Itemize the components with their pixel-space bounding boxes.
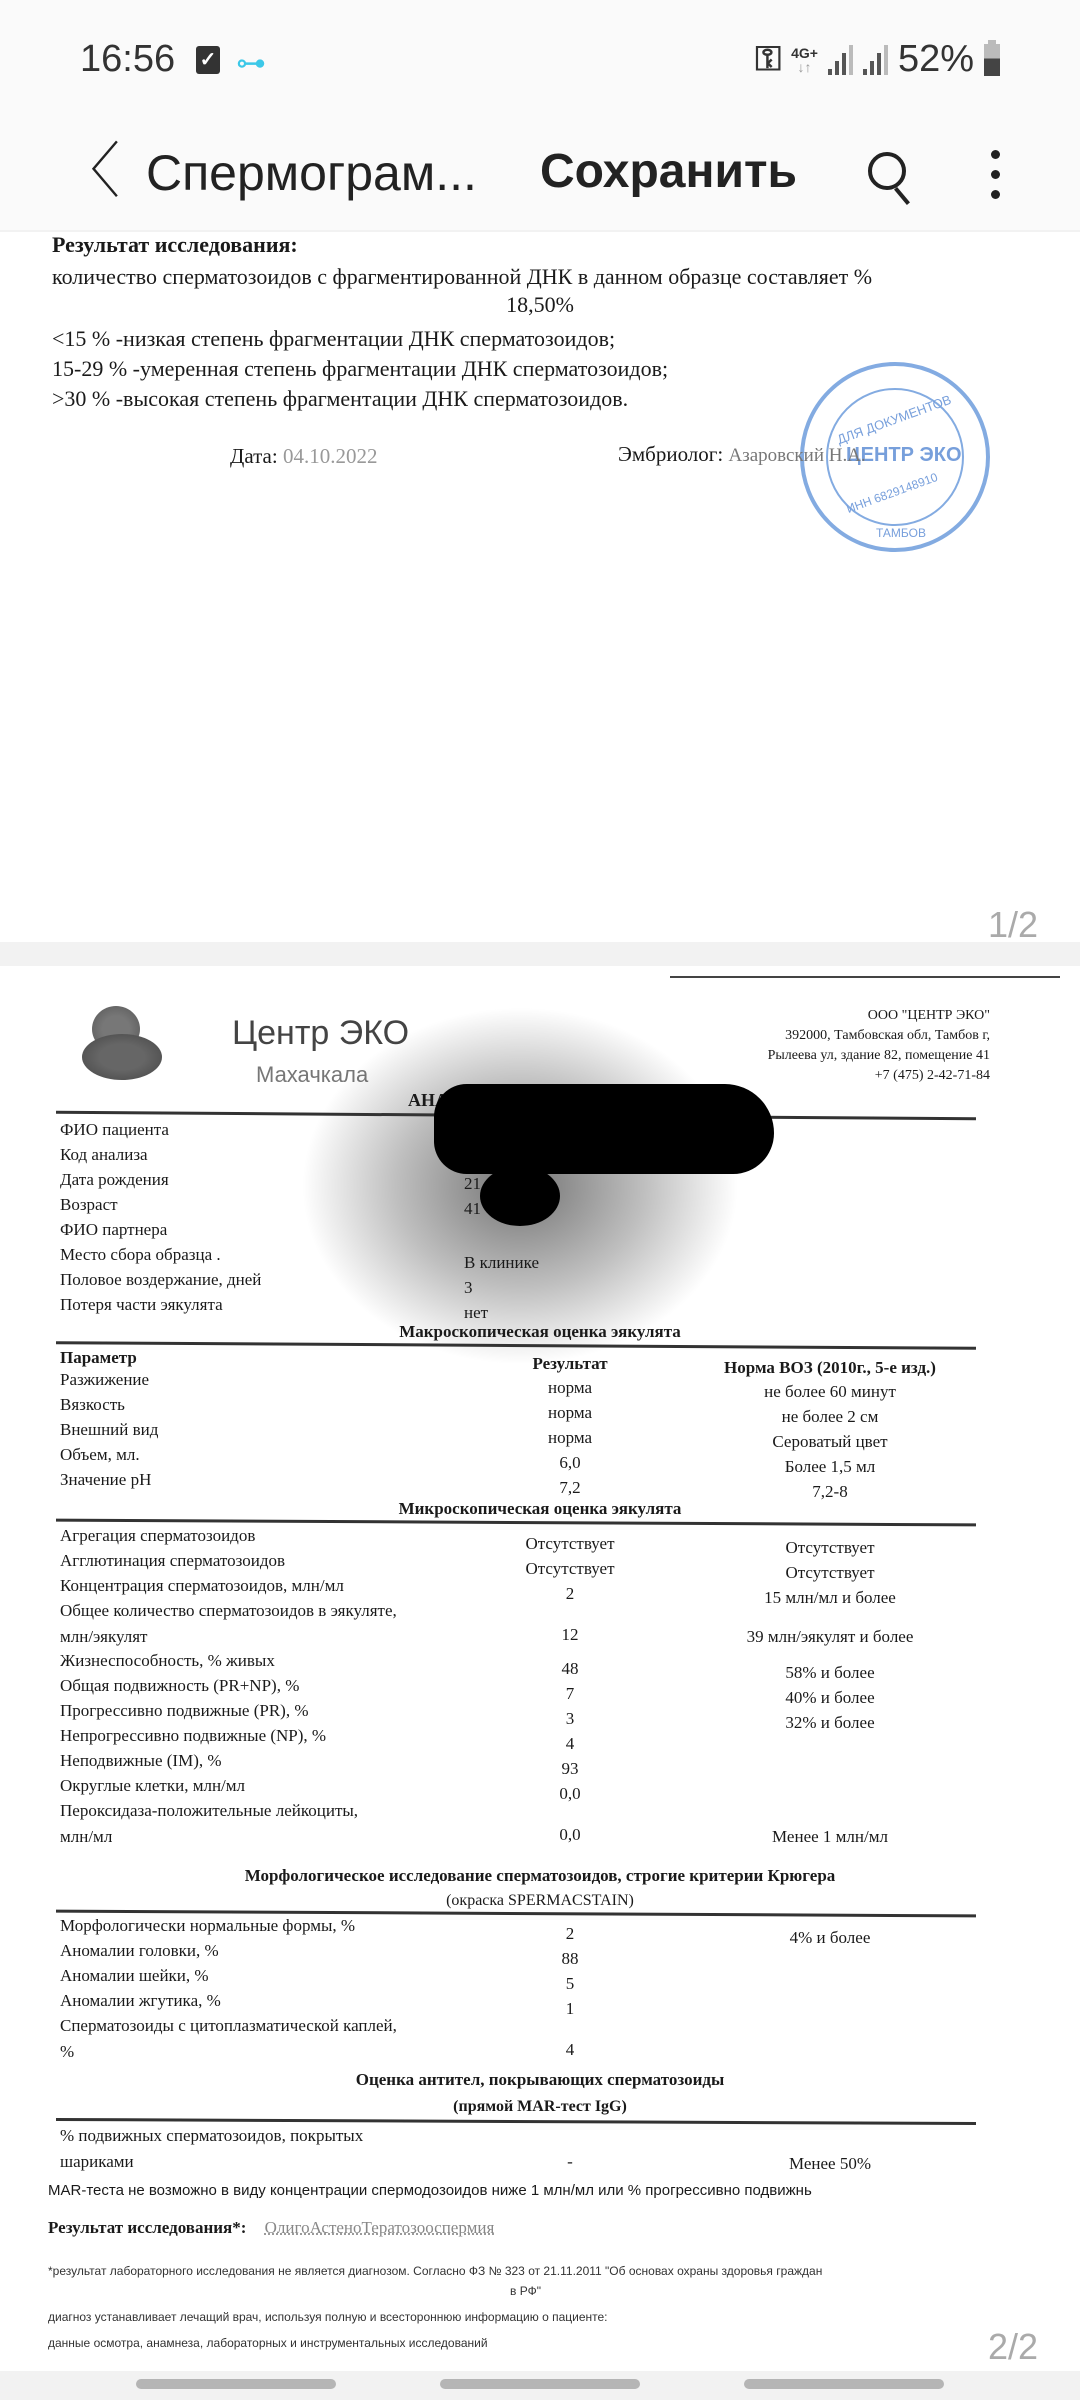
row-label: Пероксидаза-положительные лейкоциты, <box>60 1801 358 1821</box>
row-label: Округлые клетки, млн/мл <box>60 1776 245 1796</box>
clinic-logo-icon <box>82 1006 166 1082</box>
row-result: норма <box>500 1403 640 1423</box>
row-result: 5 <box>500 1974 640 1994</box>
field-value: нет <box>464 1303 488 1323</box>
date-label: Дата: <box>230 444 278 468</box>
row-label: Аномалии жгутика, % <box>60 1991 221 2011</box>
mar-note: MAR-теста не возможно в виду концентраци… <box>48 2182 812 2199</box>
navigation-bar <box>0 2371 1080 2400</box>
row-label: Концентрация сперматозоидов, млн/мл <box>60 1576 344 1596</box>
result-summary: Результат исследования*: ОлигоАстеноТера… <box>48 2218 494 2238</box>
row-label: Морфологически нормальные формы, % <box>60 1916 355 1936</box>
row-label: Вязкость <box>60 1395 125 1415</box>
row-label: Агрегация сперматозоидов <box>60 1526 255 1546</box>
status-bar: 16:56 ✓ ⊶ ⚿ 4G+ ↓↑ 52% <box>0 0 1080 120</box>
date-field: Дата: 04.10.2022 <box>230 444 377 469</box>
row-result: 0,0 <box>500 1825 640 1845</box>
organization-info: ООО "ЦЕНТР ЭКО" 392000, Тамбовская обл, … <box>768 1006 990 1086</box>
status-time: 16:56 <box>80 38 175 81</box>
row-label: Разжижение <box>60 1370 149 1390</box>
row-label: Аномалии шейки, % <box>60 1966 209 1986</box>
field-label: Потеря части эякулята <box>60 1295 223 1315</box>
org-address-2: Рылеева ул, здание 82, помещение 41 <box>768 1046 990 1066</box>
field-label: Дата рождения <box>60 1170 169 1190</box>
app-bar: 〈 Спермограм... Сохранить <box>0 120 1080 230</box>
row-norm: Более 1,5 мл <box>680 1457 980 1477</box>
org-phone: +7 (475) 2-42-71-84 <box>768 1066 990 1086</box>
row-norm: Отсутствует <box>680 1563 980 1583</box>
row-norm: Отсутствует <box>680 1538 980 1558</box>
fragmentation-value: 18,50% <box>0 292 1080 318</box>
row-norm: Менее 50% <box>680 2154 980 2174</box>
row-result: 88 <box>500 1949 640 1969</box>
macro-section-title: Макроскопическая оценка эякулята <box>0 1322 1080 1342</box>
row-label: Прогрессивно подвижные (PR), % <box>60 1701 309 1721</box>
row-label: Неподвижные (IM), % <box>60 1751 222 1771</box>
pdf-page-1[interactable]: Результат исследования: количество сперм… <box>0 232 1080 942</box>
search-button[interactable] <box>862 140 922 210</box>
key-notification-icon: ⊶ <box>236 46 266 81</box>
fragmentation-intro: количество сперматозоидов с фрагментиров… <box>52 264 872 290</box>
stamp-city: ТАМБОВ <box>876 526 926 540</box>
row-norm: 39 млн/эякулят и более <box>680 1627 980 1647</box>
embryologist-field: Эмбриолог: Азаровский Н.А. <box>618 442 866 467</box>
footnote-3: диагноз устанавливает лечащий врач, испо… <box>48 2310 608 2324</box>
row-norm: не более 60 минут <box>680 1382 980 1402</box>
footnote-2: в РФ" <box>510 2284 541 2298</box>
signal-icon-2 <box>863 45 888 75</box>
result-heading: Результат исследования: <box>52 232 298 258</box>
field-value: В клинике <box>464 1253 539 1273</box>
nav-back-button[interactable] <box>744 2379 944 2389</box>
vpn-key-icon: ⚿ <box>755 40 781 79</box>
network-type-label: 4G+ <box>791 46 818 60</box>
field-label: Половое воздержание, дней <box>60 1270 261 1290</box>
signal-icon-1 <box>828 45 853 75</box>
header-norm: Норма ВОЗ (2010г., 5-е изд.) <box>680 1358 980 1378</box>
redaction-mark <box>480 1166 560 1226</box>
morph-section-subtitle: (окраска SPERMACSTAIN) <box>0 1892 1080 1910</box>
morph-section-title: Морфологическое исследование сперматозои… <box>0 1866 1080 1886</box>
data-arrows-icon: ↓↑ <box>791 60 818 74</box>
nav-recents-button[interactable] <box>136 2379 336 2389</box>
row-norm: 40% и более <box>680 1688 980 1708</box>
footnote-1: *результат лабораторного исследования не… <box>48 2264 822 2278</box>
row-result: норма <box>500 1428 640 1448</box>
pdf-page-2[interactable]: Центр ЭКО Махачкала ООО "ЦЕНТР ЭКО" 3920… <box>0 966 1080 2371</box>
embryologist-name: Азаровский Н.А. <box>728 445 865 466</box>
row-norm: не более 2 см <box>680 1407 980 1427</box>
row-result: 2 <box>500 1584 640 1604</box>
field-value: 21 <box>464 1174 481 1194</box>
row-label: Общее количество сперматозоидов в эякуля… <box>60 1601 397 1621</box>
row-result: 6,0 <box>500 1453 640 1473</box>
mar-section-subtitle: (прямой MAR-тест IgG) <box>0 2098 1080 2116</box>
divider <box>670 976 1060 978</box>
row-norm: 58% и более <box>680 1663 980 1683</box>
field-label: Код анализа <box>60 1145 148 1165</box>
field-label: ФИО партнера <box>60 1220 167 1240</box>
row-norm: Менее 1 млн/мл <box>680 1827 980 1847</box>
row-result: 4 <box>500 2040 640 2060</box>
page-indicator-2: 2/2 <box>988 2326 1038 2368</box>
row-result: 2 <box>500 1924 640 1944</box>
row-result: 7,2 <box>500 1478 640 1498</box>
result-value: ОлигоАстеноТератозооспермия <box>265 2218 495 2237</box>
mar-section-title: Оценка антител, покрывающих сперматозоид… <box>0 2070 1080 2090</box>
battery-percent: 52% <box>898 38 974 81</box>
row-result: 7 <box>500 1684 640 1704</box>
battery-icon <box>984 44 1000 76</box>
row-result: 0,0 <box>500 1784 640 1804</box>
org-name: ООО "ЦЕНТР ЭКО" <box>768 1006 990 1026</box>
more-options-button[interactable] <box>980 140 1010 210</box>
chevron-left-icon: 〈 <box>60 138 120 205</box>
row-label: Общая подвижность (PR+NP), % <box>60 1676 299 1696</box>
org-address-1: 392000, Тамбовская обл, Тамбов г, <box>768 1026 990 1046</box>
row-result: 12 <box>500 1625 640 1645</box>
row-label: Сперматозоиды с цитоплазматической капле… <box>60 2016 397 2036</box>
field-label: Возраст <box>60 1195 118 1215</box>
field-label: ФИО пациента <box>60 1120 169 1140</box>
header-parameter: Параметр <box>60 1348 137 1368</box>
row-result: 4 <box>500 1734 640 1754</box>
range-low: <15 % -низкая степень фрагментации ДНК с… <box>52 326 615 352</box>
row-result: норма <box>500 1378 640 1398</box>
date-value: 04.10.2022 <box>283 444 378 468</box>
micro-section-title: Микроскопическая оценка эякулята <box>0 1499 1080 1519</box>
row-result: 1 <box>500 1999 640 2019</box>
field-value: 3 <box>464 1278 473 1298</box>
row-result: - <box>500 2152 640 2172</box>
nav-home-button[interactable] <box>440 2379 640 2389</box>
page-indicator-1: 1/2 <box>988 904 1038 942</box>
row-result: 3 <box>500 1709 640 1729</box>
row-label: Жизнеспособность, % живых <box>60 1651 275 1671</box>
range-high: >30 % -высокая степень фрагментации ДНК … <box>52 386 628 412</box>
field-label: Место сбора образца . <box>60 1245 221 1265</box>
network-type-icon: 4G+ ↓↑ <box>791 46 818 74</box>
status-indicators: ⚿ 4G+ ↓↑ 52% <box>755 38 1000 81</box>
row-label-cont: млн/мл <box>60 1827 112 1847</box>
row-result: 93 <box>500 1759 640 1779</box>
row-label: Аномалии головки, % <box>60 1941 219 1961</box>
field-value: 41 <box>464 1199 481 1219</box>
row-result: 48 <box>500 1659 640 1679</box>
footnote-4: данные осмотра, анамнеза, лабораторных и… <box>48 2336 488 2350</box>
redaction-mark <box>434 1084 774 1174</box>
row-norm: Сероватый цвет <box>680 1432 980 1452</box>
row-result: Отсутствует <box>500 1559 640 1579</box>
save-button[interactable]: Сохранить <box>540 144 797 199</box>
row-label: Внешний вид <box>60 1420 158 1440</box>
row-label-cont: шариками <box>60 2152 134 2172</box>
row-label: Непрогрессивно подвижные (NP), % <box>60 1726 326 1746</box>
row-label: Агглютинация сперматозоидов <box>60 1551 285 1571</box>
row-label: Значение pH <box>60 1470 151 1490</box>
divider <box>56 2118 976 2125</box>
result-label: Результат исследования*: <box>48 2218 246 2237</box>
row-label-cont: млн/эякулят <box>60 1627 147 1647</box>
range-moderate: 15-29 % -умеренная степень фрагментации … <box>52 356 668 382</box>
row-label: % подвижных сперматозоидов, покрытых <box>60 2126 363 2146</box>
header-result: Результат <box>500 1354 640 1374</box>
row-norm: 4% и более <box>680 1928 980 1948</box>
row-label: Объем, мл. <box>60 1445 140 1465</box>
embryologist-label: Эмбриолог: <box>618 442 723 466</box>
checkbox-notification-icon: ✓ <box>196 46 220 74</box>
row-label-cont: % <box>60 2042 74 2062</box>
back-button[interactable]: 〈 <box>60 132 120 212</box>
row-result: Отсутствует <box>500 1534 640 1554</box>
row-norm: 15 млн/мл и более <box>680 1588 980 1608</box>
document-title: Спермограм... <box>146 144 477 202</box>
row-norm: 32% и более <box>680 1713 980 1733</box>
